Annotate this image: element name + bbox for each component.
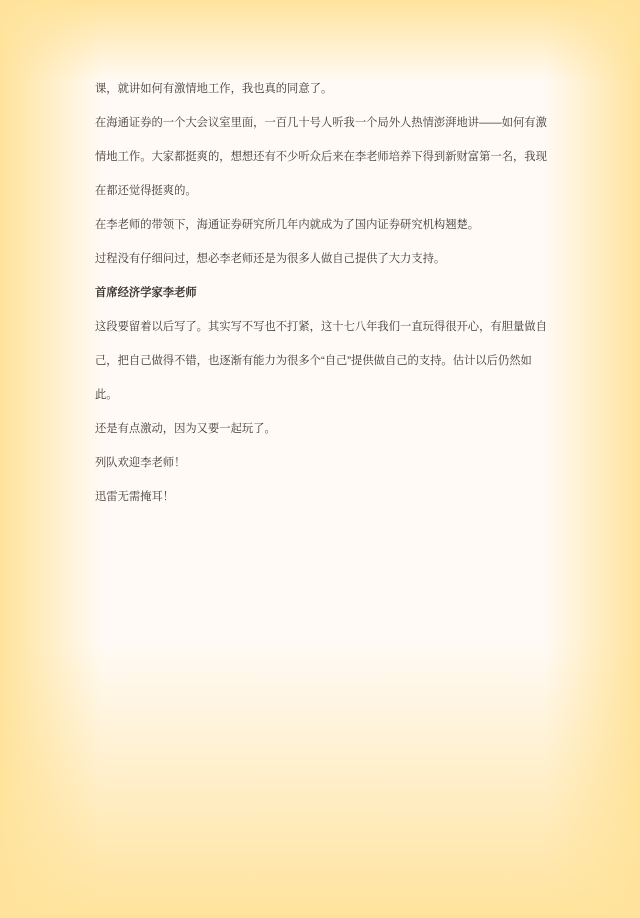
- article-paragraph: 在李老师的带领下，海通证券研究所几年内就成为了国内证券研究机构翘楚。: [95, 208, 547, 242]
- article-paragraph: 列队欢迎李老师！: [95, 446, 547, 480]
- article-paragraph: 过程没有仔细问过，想必李老师还是为很多人做自己提供了大力支持。: [95, 242, 547, 276]
- article-paragraph: 还是有点激动，因为又要一起玩了。: [95, 412, 547, 446]
- article-paragraph: 迅雷无需掩耳！: [95, 480, 547, 514]
- article-paragraph: 在海通证券的一个大会议室里面，一百几十号人听我一个局外人热情澎湃地讲——如何有激…: [95, 106, 547, 208]
- article-paragraph: 课，就讲如何有激情地工作，我也真的同意了。: [95, 72, 547, 106]
- section-heading: 首席经济学家李老师: [95, 276, 547, 310]
- article-paragraph: 这段要留着以后写了。其实写不写也不打紧，这十七八年我们一直玩得很开心，有胆量做自…: [95, 310, 547, 412]
- page-background: 课，就讲如何有激情地工作，我也真的同意了。在海通证券的一个大会议室里面，一百几十…: [0, 0, 640, 918]
- article-body: 课，就讲如何有激情地工作，我也真的同意了。在海通证券的一个大会议室里面，一百几十…: [95, 72, 547, 514]
